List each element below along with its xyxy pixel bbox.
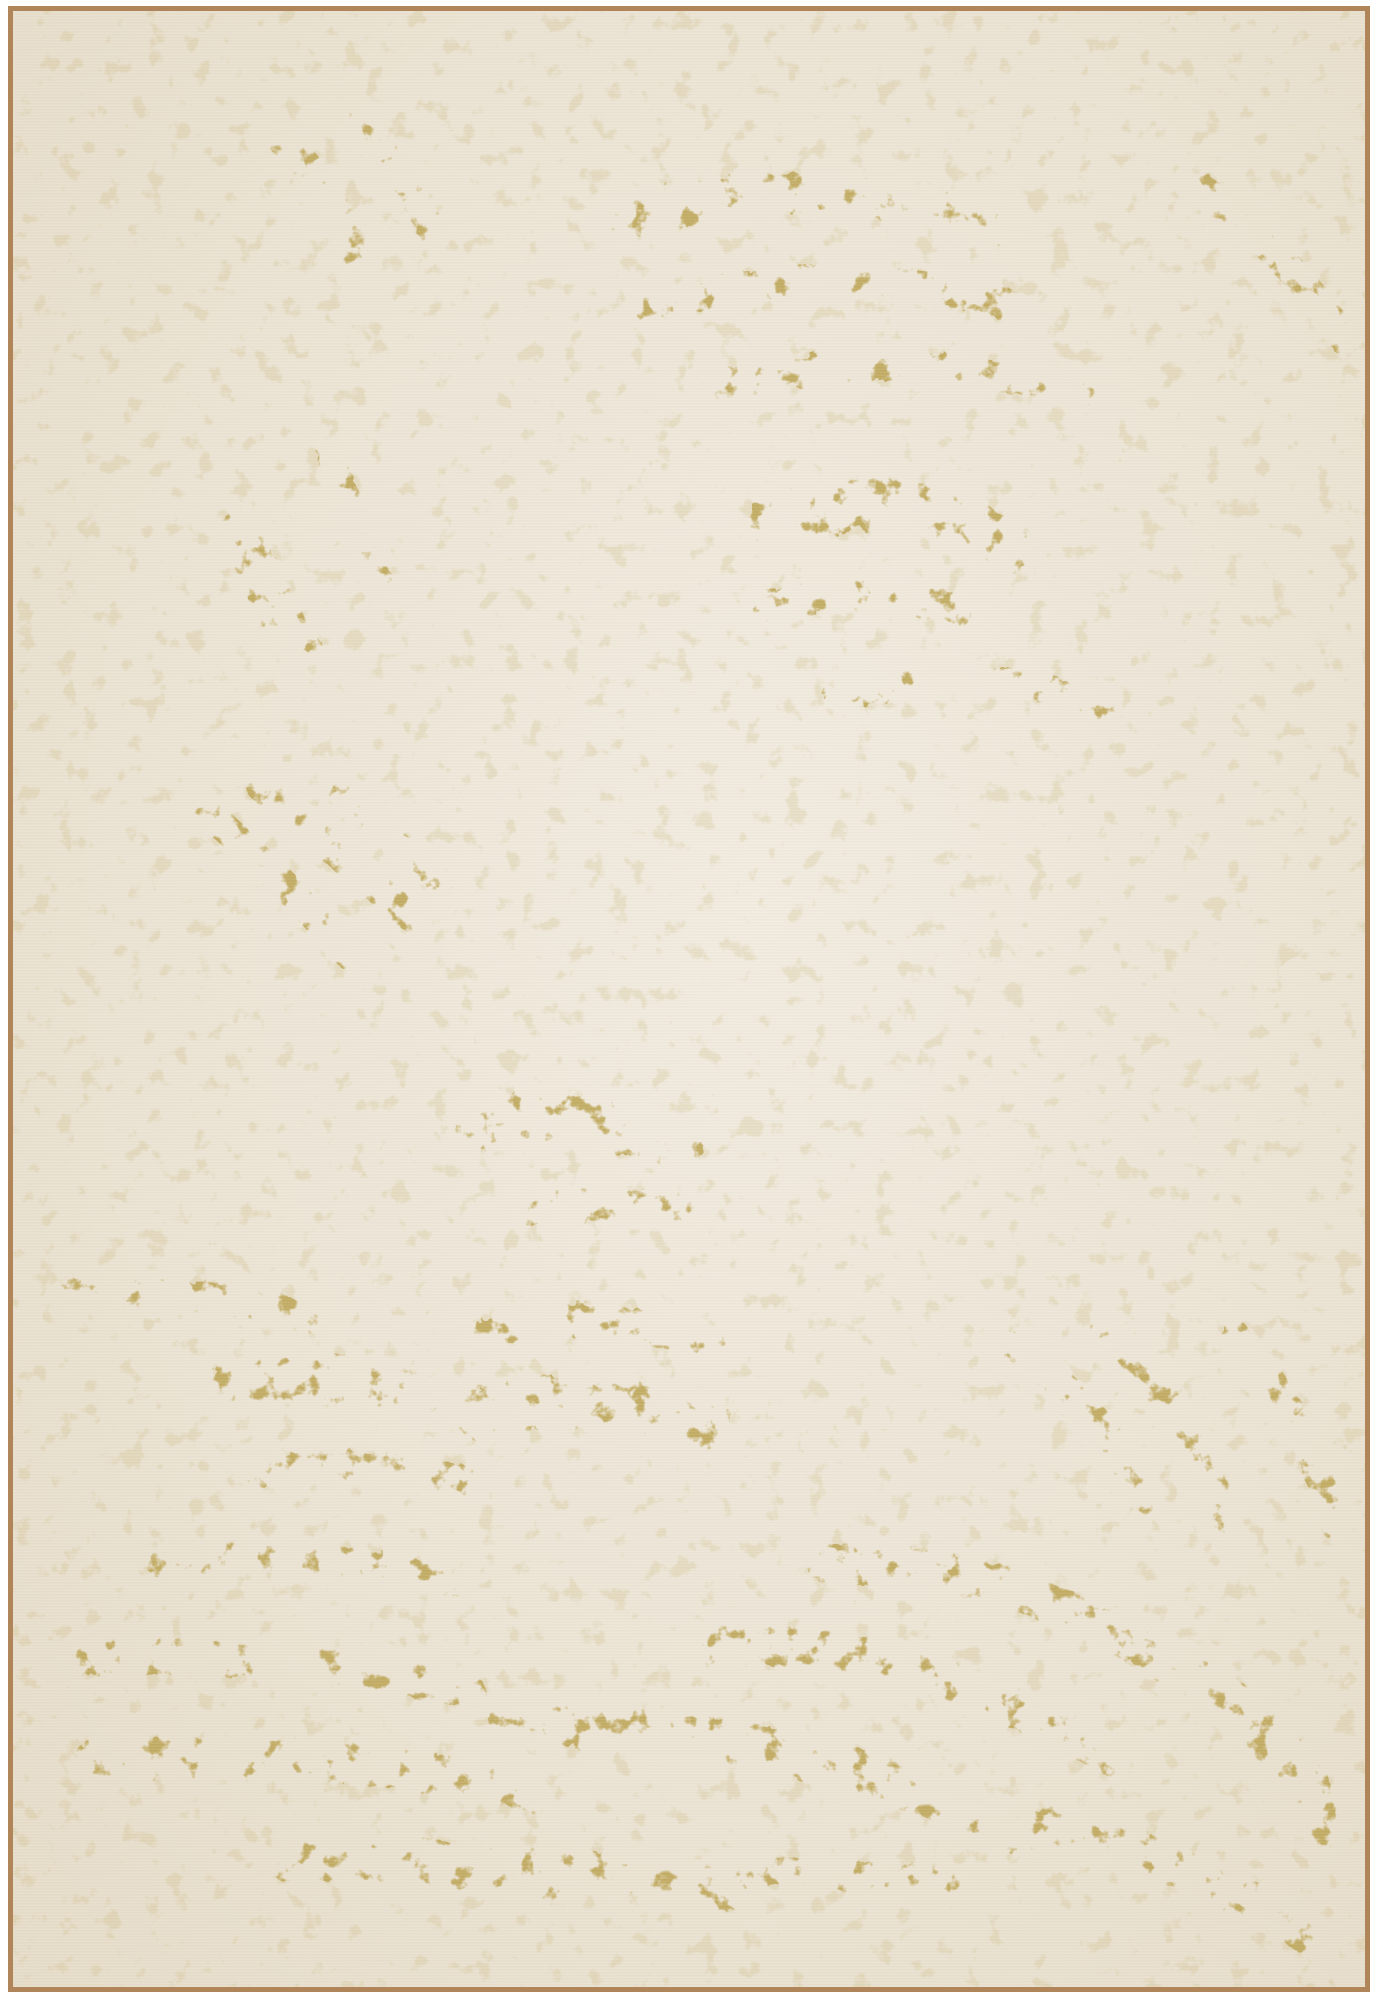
rug-pattern <box>13 11 1365 1987</box>
rug-photo <box>8 6 1370 1992</box>
